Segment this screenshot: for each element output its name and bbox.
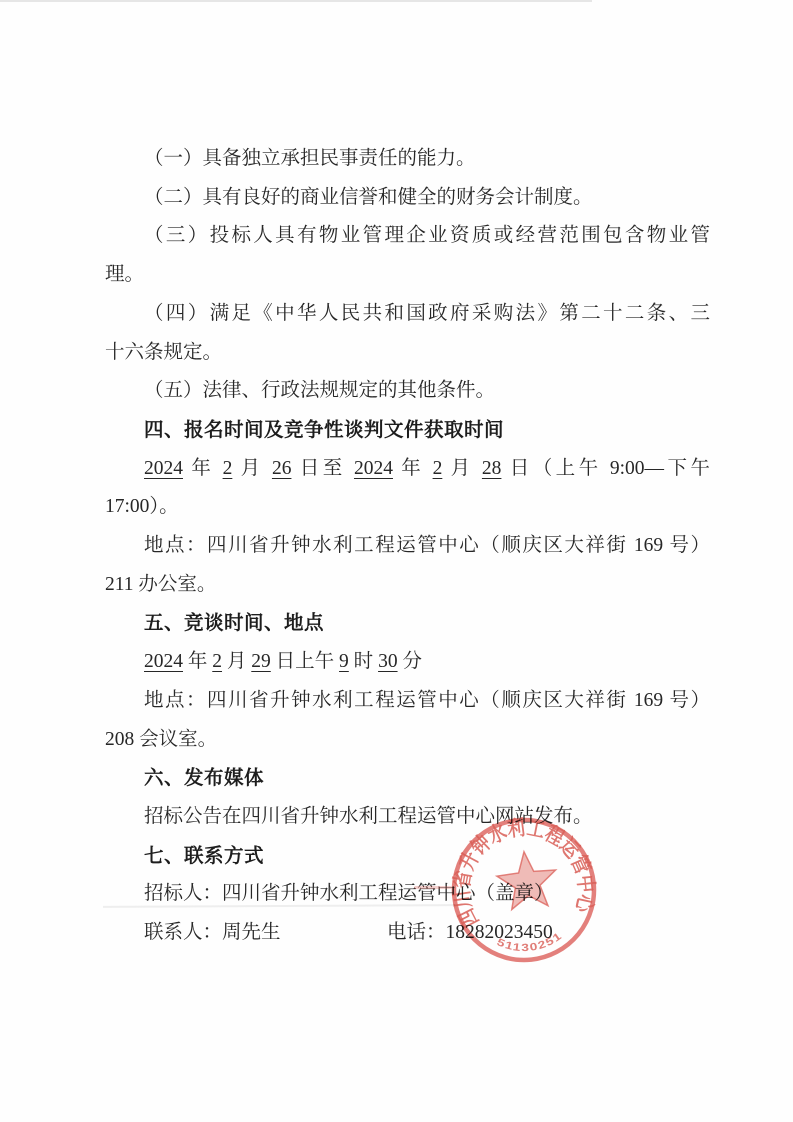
registration-date-cont: 17:00）。 <box>105 488 710 527</box>
section-heading-7: 七、联系方式 <box>105 837 710 876</box>
reg-day-2: 28 <box>482 458 502 479</box>
clause-4-line-1: （四）满足《中华人民共和国政府采购法》第二十二条、三 <box>105 295 710 334</box>
reg-day-1: 26 <box>272 458 292 479</box>
scan-edge-artifact <box>0 0 592 2</box>
negotiation-location-cont: 208 会议室。 <box>105 721 710 760</box>
reg-year-1: 2024 <box>144 458 183 479</box>
media-line: 招标公告在四川省升钟水利工程运管中心网站发布。 <box>105 798 710 837</box>
document-body: （一）具备独立承担民事责任的能力。 （二）具有良好的商业信誉和健全的财务会计制度… <box>105 140 710 953</box>
registration-location-cont: 211 办公室。 <box>105 566 710 605</box>
talk-month: 2 <box>212 651 222 672</box>
document-page: （一）具备独立承担民事责任的能力。 （二）具有良好的商业信誉和健全的财务会计制度… <box>0 0 793 1122</box>
tenderer-line: 招标人：四川省升钟水利工程运管中心（盖章） <box>105 875 710 914</box>
talk-minute: 30 <box>378 651 398 672</box>
clause-3-line-1: （三）投标人具有物业管理企业资质或经营范围包含物业管 <box>105 217 710 256</box>
registration-date-line: 2024 年 2 月 26 日至 2024 年 2 月 28 日（上午 9:00… <box>105 450 710 489</box>
contact-line: 联系人：周先生电话：18282023450 <box>105 914 710 953</box>
contact-person: 联系人：周先生 <box>144 922 281 943</box>
section-heading-6: 六、发布媒体 <box>105 759 710 798</box>
seal-star-icon <box>495 849 560 911</box>
section-heading-4: 四、报名时间及竞争性谈判文件获取时间 <box>105 411 710 450</box>
reg-year-2: 2024 <box>354 458 393 479</box>
clause-4-line-2: 十六条规定。 <box>105 334 710 373</box>
section-heading-5: 五、竞谈时间、地点 <box>105 604 710 643</box>
reg-month-2: 2 <box>433 458 443 479</box>
talk-year: 2024 <box>144 651 183 672</box>
talk-day: 29 <box>251 651 271 672</box>
clause-5: （五）法律、行政法规规定的其他条件。 <box>105 372 710 411</box>
clause-3-line-2: 理。 <box>105 256 710 295</box>
reg-month-1: 2 <box>223 458 233 479</box>
clause-1: （一）具备独立承担民事责任的能力。 <box>105 140 710 179</box>
clause-2: （二）具有良好的商业信誉和健全的财务会计制度。 <box>105 179 710 218</box>
negotiation-date-line: 2024 年 2 月 29 日上午 9 时 30 分 <box>105 643 710 682</box>
negotiation-location: 地点：四川省升钟水利工程运管中心（顺庆区大祥街 169 号） <box>105 682 710 721</box>
talk-hour: 9 <box>339 651 349 672</box>
official-seal: 四川省升钟水利工程运管中心 5113025127480 <box>431 797 618 984</box>
registration-location: 地点：四川省升钟水利工程运管中心（顺庆区大祥街 169 号） <box>105 527 710 566</box>
